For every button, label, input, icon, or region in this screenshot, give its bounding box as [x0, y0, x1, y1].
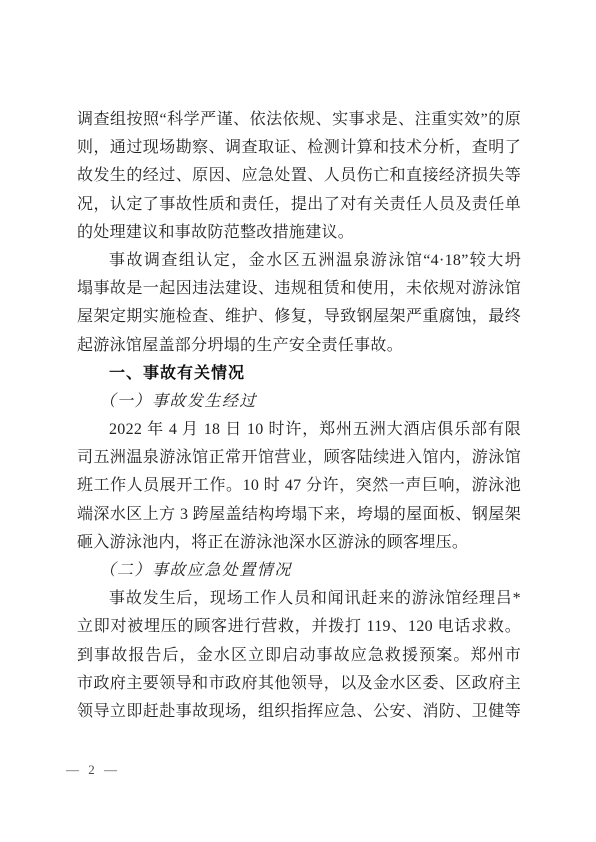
- text-line: 调查组按照“科学严谨、依法依规、实事求是、注重实效”的原: [77, 106, 521, 134]
- document-body: 调查组按照“科学严谨、依法依规、实事求是、注重实效”的原则，通过现场勘察、调查取…: [77, 106, 521, 726]
- section-heading: 一、事故有关情况: [77, 360, 521, 388]
- text-line: 司五洲温泉游泳馆正常开馆营业，顾客陆续进入馆内，游泳馆当: [77, 444, 521, 472]
- text-line: 况，认定了事故性质和责任，提出了对有关责任人员及责任单位: [77, 191, 521, 219]
- document-page: 调查组按照“科学严谨、依法依规、实事求是、注重实效”的原则，通过现场勘察、调查取…: [0, 0, 596, 842]
- text-line: 屋架定期实施检查、维护、修复，导致钢屋架严重腐蚀，最终引: [77, 303, 521, 331]
- subsection-heading: （二）事故应急处置情况: [77, 557, 521, 585]
- text-line: 到事故报告后，金水区立即启动事故应急救援预案。郑州市委、: [77, 642, 521, 670]
- text-line: 则，通过现场勘察、调查取证、检测计算和技术分析，查明了事: [77, 134, 521, 162]
- text-line: 事故调查组认定，金水区五洲温泉游泳馆“4·18”较大坍: [77, 247, 521, 275]
- text-line: 端深水区上方 3 跨屋盖结构垮塌下来，垮塌的屋面板、钢屋架等: [77, 501, 521, 529]
- text-line: 事故发生后，现场工作人员和闻讯赶来的游泳馆经理吕*龙: [77, 585, 521, 613]
- text-line: 领导立即赶赴事故现场，组织指挥应急、公安、消防、卫健等部: [77, 698, 521, 726]
- text-line: 起游泳馆屋盖部分坍塌的生产安全责任事故。: [77, 332, 521, 360]
- text-line: 塌事故是一起因违法建设、违规租赁和使用，未依规对游泳馆钢: [77, 275, 521, 303]
- text-line: 的处理建议和事故防范整改措施建议。: [77, 219, 521, 247]
- page-number: — 2 —: [66, 762, 120, 778]
- text-line: 立即对被埋压的顾客进行营救，并拨打 119、120 电话求救。接: [77, 613, 521, 641]
- text-line: 砸入游泳池内，将正在游泳池深水区游泳的顾客埋压。: [77, 529, 521, 557]
- subsection-heading: （一）事故发生经过: [77, 388, 521, 416]
- text-line: 班工作人员展开工作。10 时 47 分许，突然一声巨响，游泳池东: [77, 472, 521, 500]
- text-line: 故发生的经过、原因、应急处置、人员伤亡和直接经济损失等情: [77, 162, 521, 190]
- text-line: 2022 年 4 月 18 日 10 时许，郑州五洲大酒店俱乐部有限公: [77, 416, 521, 444]
- text-line: 市政府主要领导和市政府其他领导，以及金水区委、区政府主要: [77, 670, 521, 698]
